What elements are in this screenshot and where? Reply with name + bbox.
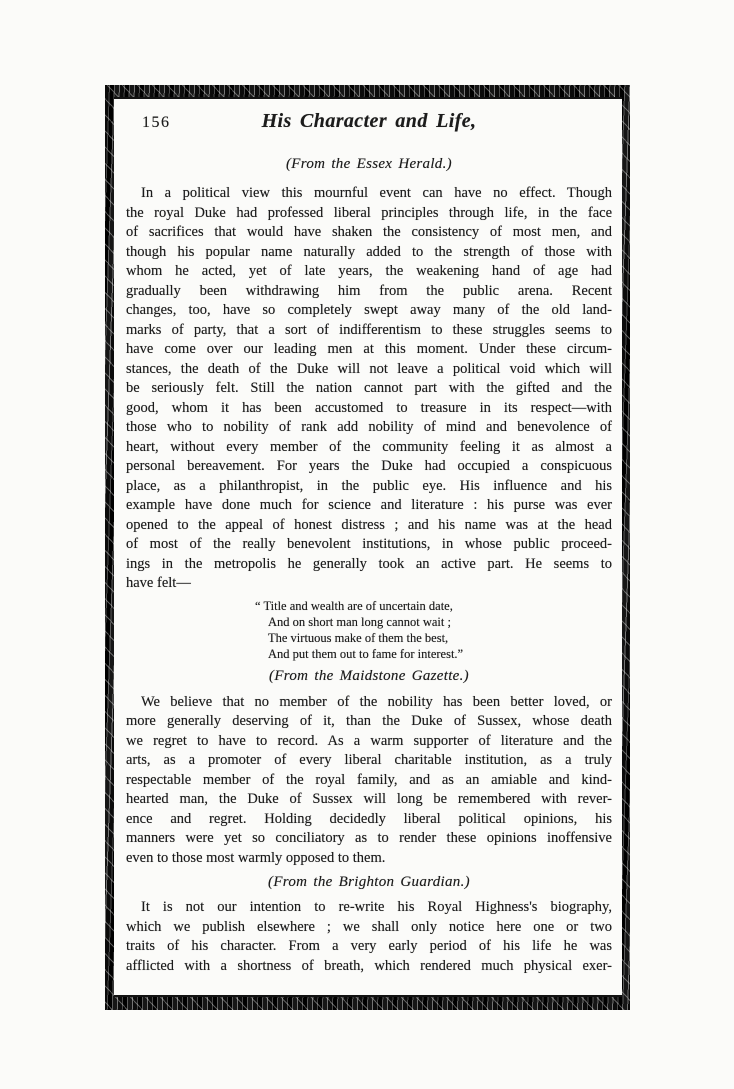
text-line: personal bereavement. For years the Duke… (126, 457, 612, 477)
woodcut-border-frame: 156 His Character and Life, (From the Es… (105, 85, 630, 1010)
text-line: opened to the appeal of honest distress … (126, 516, 612, 536)
section-heading-maidstone-gazette: (From the Maidstone Gazette.) (126, 666, 612, 686)
text-line: of sacrifices that would have shaken the… (126, 223, 612, 243)
text-line: heart, without every member of the commu… (126, 438, 612, 458)
text-line: which we publish elsewhere ; we shall on… (126, 918, 612, 938)
text-line: we regret to have to record. As a warm s… (126, 732, 612, 752)
text-line: good, whom it has been accustomed to tre… (126, 399, 612, 419)
text-line: marks of party, that a sort of indiffere… (126, 321, 612, 341)
text-line: have come over our leading men at this m… (126, 340, 612, 360)
page-number: 156 (142, 114, 171, 132)
text-line: arts, as a promoter of every liberal cha… (126, 751, 612, 771)
verse-quotation: “ Title and wealth are of uncertain date… (268, 598, 612, 662)
text-line: place, as a philanthropist, in the publi… (126, 477, 612, 497)
text-line: example have done much for science and l… (126, 496, 612, 516)
text-line: though his popular name naturally added … (126, 243, 612, 263)
verse-line: And put them out to fame for interest.” (268, 646, 612, 662)
page-header: 156 His Character and Life, (126, 110, 612, 140)
section-heading-essex-herald: (From the Essex Herald.) (126, 154, 612, 174)
running-title: His Character and Life, (126, 110, 612, 133)
text-line: the royal Duke had professed liberal pri… (126, 204, 612, 224)
text-line: It is not our intention to re-write his … (126, 898, 612, 918)
text-line: ings in the metropolis he generally took… (126, 555, 612, 575)
book-page-scan: 156 His Character and Life, (From the Es… (0, 0, 734, 1089)
text-line: more generally deserving of it, than the… (126, 712, 612, 732)
text-line: even to those most warmly opposed to the… (126, 849, 612, 869)
text-line: those who to nobility of rank add nobili… (126, 418, 612, 438)
text-line: gradually been withdrawing him from the … (126, 282, 612, 302)
text-line: stances, the death of the Duke will not … (126, 360, 612, 380)
text-line: We believe that no member of the nobilit… (126, 693, 612, 713)
text-line: afflicted with a shortness of breath, wh… (126, 957, 612, 977)
section-heading-brighton-guardian: (From the Brighton Guardian.) (126, 872, 612, 892)
text-line: changes, too, have so completely swept a… (126, 301, 612, 321)
text-line: whom he acted, yet of late years, the we… (126, 262, 612, 282)
text-line: hearted man, the Duke of Sussex will lon… (126, 790, 612, 810)
verse-line: The virtuous make of them the best, (268, 630, 612, 646)
text-line: In a political view this mournful event … (126, 184, 612, 204)
text-line: manners were yet so conciliatory as to r… (126, 829, 612, 849)
paragraph-brighton-guardian: It is not our intention to re-write his … (126, 898, 612, 976)
verse-line: “ Title and wealth are of uncertain date… (268, 598, 612, 614)
verse-line: And on short man long cannot wait ; (268, 614, 612, 630)
text-line: of most of the really benevolent institu… (126, 535, 612, 555)
text-line: be seriously felt. Still the nation cann… (126, 379, 612, 399)
paragraph-maidstone-gazette: We believe that no member of the nobilit… (126, 693, 612, 869)
paragraph-essex-herald: In a political view this mournful event … (126, 184, 612, 594)
text-line: respectable member of the royal family, … (126, 771, 612, 791)
page-content-area: 156 His Character and Life, (From the Es… (114, 97, 622, 997)
text-line: have felt— (126, 574, 612, 594)
text-line: ence and regret. Holding decidedly liber… (126, 810, 612, 830)
text-line: traits of his character. From a very ear… (126, 937, 612, 957)
